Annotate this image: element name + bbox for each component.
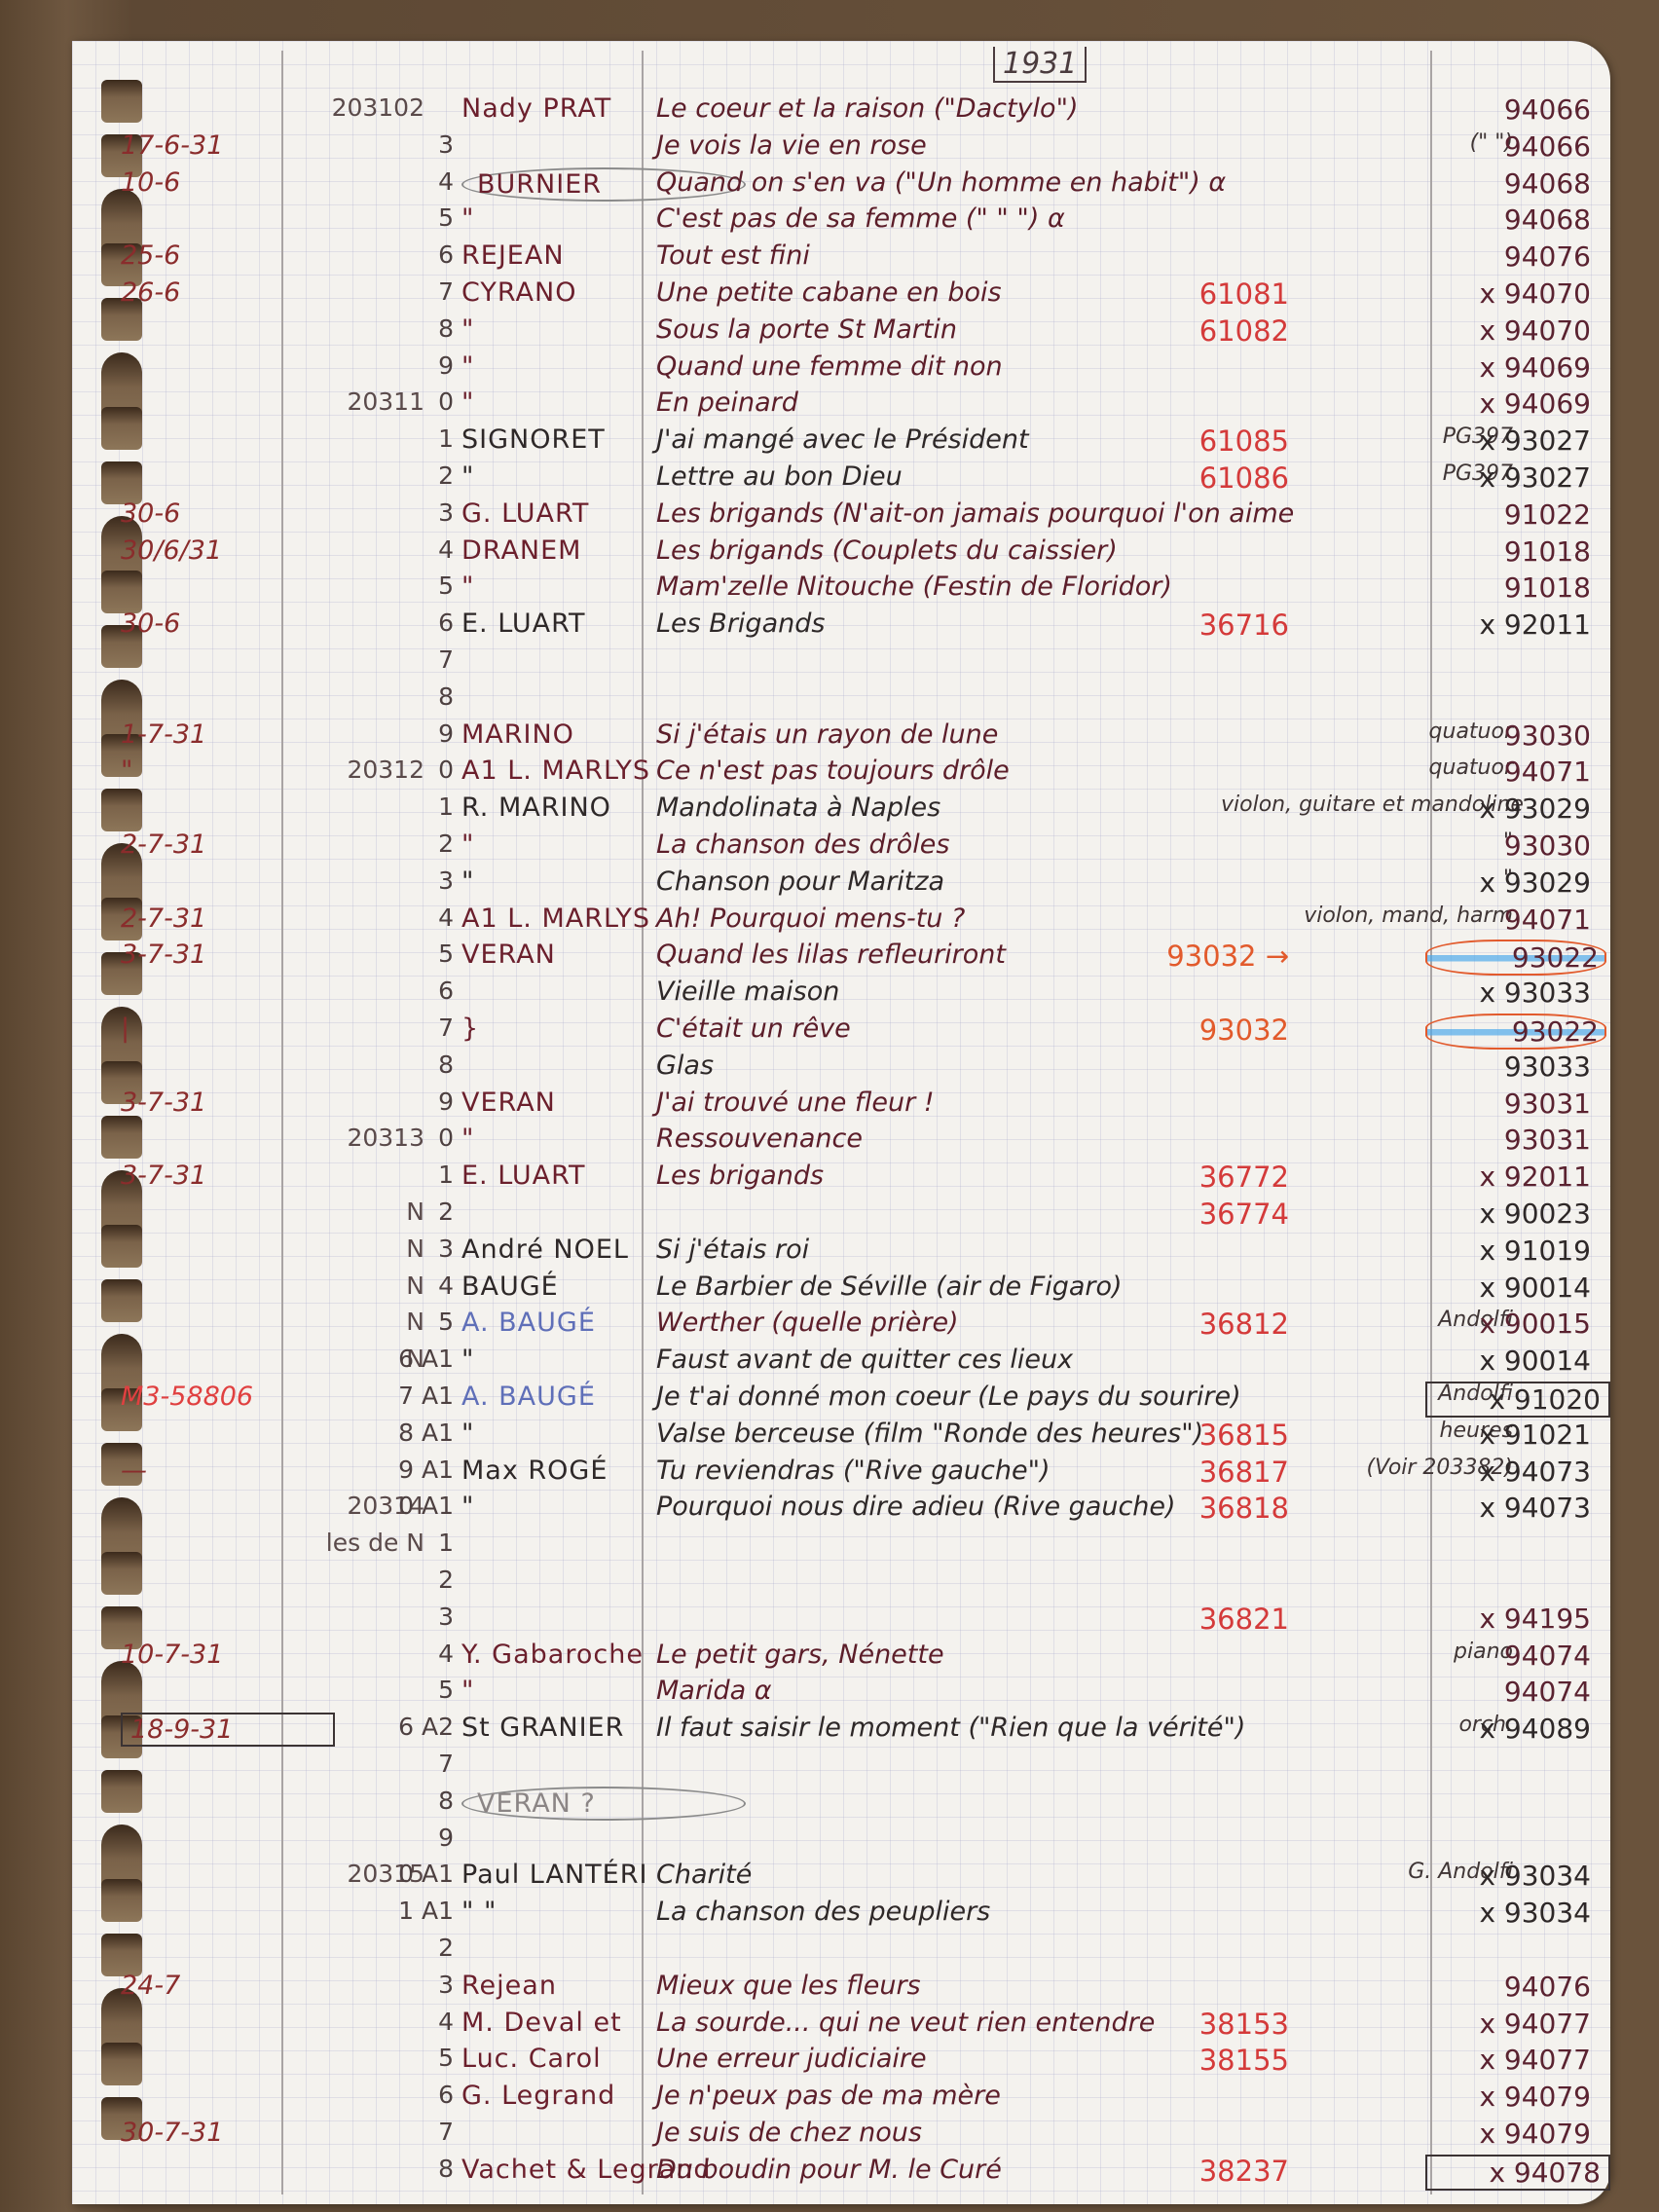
- ledger-row: N6 A1"Faust avant de quitter ces lieuxx …: [72, 1343, 1610, 1380]
- catalog-number: x 93034: [1425, 1860, 1591, 1892]
- ledger-row: M3-588067 A1A. BAUGÉJe t'ai donné mon co…: [72, 1380, 1610, 1417]
- catalog-number: x 91019: [1425, 1235, 1591, 1267]
- catalog-number: 94076: [1425, 1971, 1591, 2003]
- catalog-number: x 94069: [1425, 387, 1591, 420]
- catalog-number: x 93029: [1425, 793, 1591, 825]
- take-index: 9 A1: [395, 1456, 454, 1484]
- take-index: 1: [395, 1161, 454, 1189]
- catalog-number: 94076: [1425, 240, 1591, 273]
- catalog-number: x 94077: [1425, 2044, 1591, 2076]
- red-reference-number: 61081: [1133, 277, 1289, 311]
- ledger-row: 3-7-315VERANQuand les lilas refleuriront…: [72, 938, 1610, 975]
- song-title: Werther (quelle prière): [656, 1308, 1201, 1338]
- song-title: Je suis de chez nous: [656, 2118, 1201, 2148]
- entry-date: 25-6: [121, 240, 315, 271]
- ledger-row: 8 A1"Valse berceuse (film "Ronde des heu…: [72, 1417, 1610, 1454]
- take-index: 8 A1: [395, 1419, 454, 1447]
- song-title: Quand une femme dit non: [656, 351, 1201, 382]
- song-title: Les brigands (N'ait-on jamais pourquoi l…: [656, 498, 1201, 529]
- catalog-number: x 90014: [1425, 1345, 1591, 1377]
- catalog-number: 94068: [1425, 167, 1591, 200]
- ledger-row: 203102Nady PRATLe coeur et la raison ("D…: [72, 92, 1610, 129]
- song-title: Valse berceuse (film "Ronde des heures"): [656, 1419, 1201, 1449]
- ledger-row: 336821x 94195: [72, 1601, 1610, 1638]
- song-title: Je t'ai donné mon coeur (Le pays du sour…: [656, 1382, 1201, 1412]
- ledger-row: 3-7-319VERANJ'ai trouvé une fleur !93031: [72, 1086, 1610, 1123]
- take-index: 6: [395, 240, 454, 269]
- matrix-number: 203102: [278, 93, 424, 122]
- take-index: 3: [395, 498, 454, 527]
- ledger-row: 5"Marida α94074: [72, 1674, 1610, 1711]
- take-index: 9: [395, 1088, 454, 1116]
- song-title: C'était un rêve: [656, 1014, 1201, 1044]
- ledger-row: 10-64BURNIERQuand on s'en va ("Un homme …: [72, 166, 1610, 203]
- ledger-row: 17-6-313Je vois la vie en rose(" ")94066: [72, 129, 1610, 166]
- take-index: 5: [395, 203, 454, 232]
- ledger-row: 7: [72, 644, 1610, 681]
- song-title: En peinard: [656, 387, 1201, 418]
- catalog-number: x 94195: [1425, 1603, 1591, 1635]
- take-index: 9: [395, 1824, 454, 1852]
- take-index: 9: [395, 719, 454, 748]
- take-index: 1: [395, 1529, 454, 1557]
- take-index: 6 A2: [395, 1713, 454, 1741]
- take-index: 2: [395, 1566, 454, 1594]
- song-title: Les brigands (Couplets du caissier): [656, 535, 1201, 566]
- ledger-row: 5"Mam'zelle Nitouche (Festin de Floridor…: [72, 570, 1610, 607]
- catalog-number: x 92011: [1425, 1161, 1591, 1193]
- take-index: 6: [395, 608, 454, 637]
- entry-date: 30-7-31: [121, 2118, 315, 2148]
- catalog-number: x 94079: [1425, 2118, 1591, 2150]
- song-title: Pourquoi nous dire adieu (Rive gauche): [656, 1492, 1201, 1522]
- catalog-number: x 94073: [1425, 1456, 1591, 1488]
- ledger-row: —9 A1Max ROGÉTu reviendras ("Rive gauche…: [72, 1454, 1610, 1491]
- ledger-row: 203130"Ressouvenance93031: [72, 1122, 1610, 1159]
- catalog-number: 91018: [1425, 535, 1591, 568]
- ledger-row: 8"Sous la porte St Martin61082x 94070: [72, 313, 1610, 350]
- take-index: 3: [395, 1235, 454, 1263]
- take-index: 4: [395, 2008, 454, 2036]
- song-title: J'ai mangé avec le Président: [656, 424, 1201, 455]
- year-label: 1931: [993, 47, 1087, 83]
- ledger-row: "203120A1 L. MARLYSCe n'est pas toujours…: [72, 754, 1610, 791]
- red-reference-number: 93032 →: [1133, 940, 1289, 973]
- ledger-row: 2-7-314A1 L. MARLYSAh! Pourquoi mens-tu …: [72, 902, 1610, 939]
- song-title: Quand les lilas refleuriront: [656, 940, 1201, 970]
- ledger-row: |7}C'était un rêve9303293022: [72, 1012, 1610, 1049]
- catalog-number: 94066: [1425, 93, 1591, 126]
- catalog-number: x 94079: [1425, 2081, 1591, 2113]
- catalog-number: 93022: [1425, 940, 1606, 976]
- take-index: 5: [395, 940, 454, 968]
- song-title: Une erreur judiciaire: [656, 2044, 1201, 2074]
- entry-date: 30-6: [121, 498, 315, 529]
- take-index: 7: [395, 277, 454, 306]
- take-index: 8: [395, 682, 454, 711]
- entry-date: —: [121, 1456, 315, 1486]
- entry-date: 3-7-31: [121, 940, 315, 970]
- catalog-number: 94071: [1425, 756, 1591, 788]
- ledger-row: 4M. Deval etLa sourde... qui ne veut rie…: [72, 2006, 1610, 2043]
- song-title: Mieux que les fleurs: [656, 1971, 1201, 2001]
- take-index: 0 A1: [395, 1860, 454, 1888]
- catalog-number: x 93034: [1425, 1897, 1591, 1929]
- song-title: Les brigands: [656, 1161, 1201, 1191]
- entry-date: 10-6: [121, 167, 315, 198]
- ledger-row: 24-73RejeanMieux que les fleurs94076: [72, 1969, 1610, 2006]
- ledger-row: 203140 A1"Pourquoi nous dire adieu (Rive…: [72, 1490, 1610, 1527]
- red-reference-number: 36716: [1133, 608, 1289, 642]
- catalog-number: 93031: [1425, 1088, 1591, 1120]
- ledger-row: 8VERAN ?: [72, 1785, 1610, 1822]
- catalog-number: x 90023: [1425, 1198, 1591, 1230]
- red-reference-number: 36772: [1133, 1161, 1289, 1194]
- take-index: 8: [395, 2155, 454, 2183]
- song-title: C'est pas de sa femme (" " ") α: [656, 203, 1201, 234]
- notebook-page: 1931 203102Nady PRATLe coeur et la raiso…: [72, 41, 1610, 2204]
- song-title: Si j'étais un rayon de lune: [656, 719, 1201, 750]
- take-index: 6: [395, 2081, 454, 2109]
- red-reference-number: 38237: [1133, 2155, 1289, 2188]
- ledger-row: 1SIGNORETJ'ai mangé avec le Président610…: [72, 423, 1610, 460]
- ledger-row: N3André NOELSi j'étais roix 91019: [72, 1233, 1610, 1270]
- song-title: Le coeur et la raison ("Dactylo"): [656, 93, 1201, 124]
- entry-date: 18-9-31: [121, 1713, 335, 1747]
- catalog-number: x 93027: [1425, 424, 1591, 457]
- ledger-row: 8Vachet & LegrandDu boudin pour M. le Cu…: [72, 2153, 1610, 2190]
- ledger-row: 3"Chanson pour Maritza"x 93029: [72, 865, 1610, 902]
- entry-date: 10-7-31: [121, 1640, 315, 1670]
- ledger-row: N5A. BAUGÉWerther (quelle prière)36812An…: [72, 1306, 1610, 1343]
- entry-date: 2-7-31: [121, 829, 315, 860]
- song-title: Chanson pour Maritza: [656, 866, 1201, 897]
- catalog-number: x 92011: [1425, 608, 1591, 641]
- take-index: 2: [395, 829, 454, 858]
- song-title: Si j'étais roi: [656, 1235, 1201, 1265]
- red-reference-number: 38153: [1133, 2008, 1289, 2041]
- take-index: 0: [395, 387, 454, 416]
- ledger-row: 1-7-319MARINOSi j'étais un rayon de lune…: [72, 718, 1610, 755]
- song-title: Lettre au bon Dieu: [656, 461, 1201, 492]
- ledger-row: 30-63G. LUARTLes brigands (N'ait-on jama…: [72, 497, 1610, 534]
- ledger-row: 30/6/314DRANEMLes brigands (Couplets du …: [72, 534, 1610, 571]
- song-title: Le petit gars, Nénette: [656, 1640, 1201, 1670]
- entry-date: 30/6/31: [121, 535, 315, 566]
- catalog-number: x 93033: [1425, 977, 1591, 1009]
- entry-date: 24-7: [121, 1971, 315, 2001]
- take-index: 8: [395, 1051, 454, 1079]
- song-title: Glas: [656, 1051, 1201, 1081]
- catalog-number: 93033: [1425, 1051, 1591, 1083]
- ledger-row: 2"Lettre au bon Dieu61086PG397x 93027: [72, 460, 1610, 497]
- take-index: 5: [395, 1676, 454, 1704]
- catalog-number: 94066: [1425, 130, 1591, 163]
- song-title: Tu reviendras ("Rive gauche"): [656, 1456, 1201, 1486]
- song-title: Je vois la vie en rose: [656, 130, 1201, 161]
- song-title: Ce n'est pas toujours drôle: [656, 756, 1201, 786]
- ledger-row: 2: [72, 1564, 1610, 1601]
- take-index: 8: [395, 1787, 454, 1815]
- ledger-row: 9"Quand une femme dit nonx 94069: [72, 350, 1610, 387]
- ledger-row: N4BAUGÉLe Barbier de Séville (air de Fig…: [72, 1270, 1610, 1307]
- ledger-row: 18-9-316 A2St GRANIERIl faut saisir le m…: [72, 1711, 1610, 1748]
- catalog-number: x 94070: [1425, 314, 1591, 347]
- ledger-row: N236774x 90023: [72, 1196, 1610, 1233]
- song-title: Une petite cabane en bois: [656, 277, 1201, 308]
- catalog-number: x 94073: [1425, 1492, 1591, 1524]
- entry-date: 30-6: [121, 608, 315, 639]
- take-index: 7: [395, 645, 454, 674]
- song-title: Mandolinata à Naples: [656, 793, 1201, 823]
- take-index: 7: [395, 2118, 454, 2146]
- catalog-number: x 94078: [1425, 2155, 1610, 2191]
- entry-date: 1-7-31: [121, 719, 315, 750]
- ledger-row: 7: [72, 1748, 1610, 1785]
- song-title: Faust avant de quitter ces lieux: [656, 1345, 1201, 1375]
- catalog-number: 93030: [1425, 719, 1591, 752]
- red-reference-number: 36774: [1133, 1198, 1289, 1231]
- take-index: 3: [395, 1971, 454, 1999]
- red-reference-number: 61082: [1133, 314, 1289, 348]
- catalog-number: 94071: [1425, 903, 1591, 936]
- song-title: Ressouvenance: [656, 1124, 1201, 1154]
- ledger-row: 10-7-314Y. GabarocheLe petit gars, Nénet…: [72, 1638, 1610, 1675]
- take-index: 2: [395, 1934, 454, 1962]
- take-index: 4: [395, 535, 454, 564]
- take-index: 5: [395, 2044, 454, 2072]
- catalog-number: x 94077: [1425, 2008, 1591, 2040]
- catalog-number: x 93027: [1425, 461, 1591, 494]
- ledger-row: 6Vieille maisonx 93033: [72, 975, 1610, 1012]
- entry-date: 17-6-31: [121, 130, 315, 161]
- ledger-row: 1R. MARINOMandolinata à Naplesviolon, gu…: [72, 791, 1610, 828]
- entry-date: 2-7-31: [121, 903, 315, 934]
- take-index: 4: [395, 167, 454, 196]
- ledger-row: 8: [72, 681, 1610, 718]
- entry-date: 26-6: [121, 277, 315, 308]
- ledger-row: 26-67CYRANOUne petite cabane en bois6108…: [72, 276, 1610, 313]
- catalog-number: x 94089: [1425, 1713, 1591, 1745]
- ledger-row: 203150 A1Paul LANTÉRICharitéG. Andolfix …: [72, 1858, 1610, 1895]
- take-index: 4: [395, 903, 454, 932]
- ledger-row: 2-7-312"La chanson des drôles"93030: [72, 828, 1610, 865]
- catalog-number: x 91020: [1425, 1382, 1610, 1418]
- take-index: 5: [395, 571, 454, 600]
- ledger-row: 6G. LegrandJe n'peux pas de ma mèrex 940…: [72, 2079, 1610, 2116]
- ledger-row: 5"C'est pas de sa femme (" " ") α94068: [72, 202, 1610, 239]
- song-title: Marida α: [656, 1676, 1201, 1706]
- red-reference-number: 38155: [1133, 2044, 1289, 2077]
- entry-date: 3-7-31: [121, 1088, 315, 1118]
- song-title: Mam'zelle Nitouche (Festin de Floridor): [656, 571, 1201, 602]
- song-title: Charité: [656, 1860, 1201, 1890]
- take-index: 0: [395, 1124, 454, 1152]
- catalog-number: x 94070: [1425, 277, 1591, 310]
- take-index: 2: [395, 461, 454, 490]
- take-index: 0 A1: [395, 1492, 454, 1520]
- catalog-number: 93031: [1425, 1124, 1591, 1156]
- take-index: 2: [395, 1198, 454, 1226]
- take-index: 7 A1: [395, 1382, 454, 1410]
- catalog-number: 94074: [1425, 1640, 1591, 1672]
- song-title: Les Brigands: [656, 608, 1201, 639]
- take-index: 3: [395, 1603, 454, 1631]
- ledger-row: 30-7-317Je suis de chez nousx 94079: [72, 2116, 1610, 2153]
- take-index: 5: [395, 1308, 454, 1336]
- ledger-row: 5Luc. CarolUne erreur judiciaire38155x 9…: [72, 2042, 1610, 2079]
- catalog-number: 94068: [1425, 203, 1591, 236]
- take-index: 3: [395, 866, 454, 895]
- take-index: 8: [395, 314, 454, 343]
- catalog-number: 91022: [1425, 498, 1591, 531]
- entry-date: M3-58806: [121, 1382, 315, 1412]
- catalog-number: 91018: [1425, 571, 1591, 604]
- song-title: Du boudin pour M. le Curé: [656, 2155, 1201, 2185]
- song-title: J'ai trouvé une fleur !: [656, 1088, 1201, 1118]
- take-index: 3: [395, 130, 454, 159]
- take-index: 6: [395, 977, 454, 1005]
- take-index: 9: [395, 351, 454, 380]
- song-title: Quand on s'en va ("Un homme en habit") α: [656, 167, 1201, 198]
- take-index: 4: [395, 1272, 454, 1300]
- ledger-row: 203110"En peinardx 94069: [72, 386, 1610, 423]
- ledger-row: 2: [72, 1932, 1610, 1969]
- ledger-row: les de N1: [72, 1527, 1610, 1564]
- ledger-row: 30-66E. LUARTLes Brigands36716x 92011: [72, 607, 1610, 644]
- song-title: La sourde... qui ne veut rien entendre: [656, 2008, 1201, 2038]
- red-reference-number: 93032: [1133, 1014, 1289, 1047]
- take-index: 1: [395, 424, 454, 453]
- take-index: 6 A1: [395, 1345, 454, 1373]
- song-title: Le Barbier de Séville (air de Figaro): [656, 1272, 1201, 1302]
- ledger-row: 1 A1" "La chanson des peupliersx 93034: [72, 1895, 1610, 1932]
- song-title: Ah! Pourquoi mens-tu ?: [656, 903, 1201, 934]
- song-title: La chanson des drôles: [656, 829, 1201, 860]
- take-index: 1 A1: [395, 1897, 454, 1925]
- red-reference-number: 36821: [1133, 1603, 1289, 1636]
- ledger-row: 9: [72, 1822, 1610, 1859]
- artist-name: VERAN ?: [461, 1787, 746, 1821]
- song-title: Vieille maison: [656, 977, 1201, 1007]
- take-index: 7: [395, 1014, 454, 1042]
- ledger-row: 25-66REJEANTout est fini94076: [72, 239, 1610, 276]
- red-reference-number: 36818: [1133, 1492, 1289, 1525]
- song-title: Je n'peux pas de ma mère: [656, 2081, 1201, 2111]
- take-index: 7: [395, 1750, 454, 1778]
- take-index: 0: [395, 756, 454, 784]
- catalog-number: x 90014: [1425, 1272, 1591, 1304]
- entry-date: |: [121, 1014, 315, 1044]
- ledger-row: 8Glas93033: [72, 1049, 1610, 1086]
- song-title: Sous la porte St Martin: [656, 314, 1201, 345]
- catalog-number: x 91021: [1425, 1419, 1591, 1451]
- take-index: 1: [395, 793, 454, 821]
- catalog-number: 93030: [1425, 829, 1591, 862]
- song-title: Tout est fini: [656, 240, 1201, 271]
- entry-date: 3-7-31: [121, 1161, 315, 1191]
- catalog-number: 94074: [1425, 1676, 1591, 1708]
- catalog-number: x 90015: [1425, 1308, 1591, 1340]
- catalog-number: x 94069: [1425, 351, 1591, 384]
- take-index: 4: [395, 1640, 454, 1668]
- ledger-row: 3-7-311E. LUARTLes brigands36772x 92011: [72, 1159, 1610, 1196]
- catalog-number: x 93029: [1425, 866, 1591, 899]
- song-title: La chanson des peupliers: [656, 1897, 1201, 1927]
- song-title: Il faut saisir le moment ("Rien que la v…: [656, 1713, 1201, 1743]
- catalog-number: 93022: [1425, 1014, 1606, 1050]
